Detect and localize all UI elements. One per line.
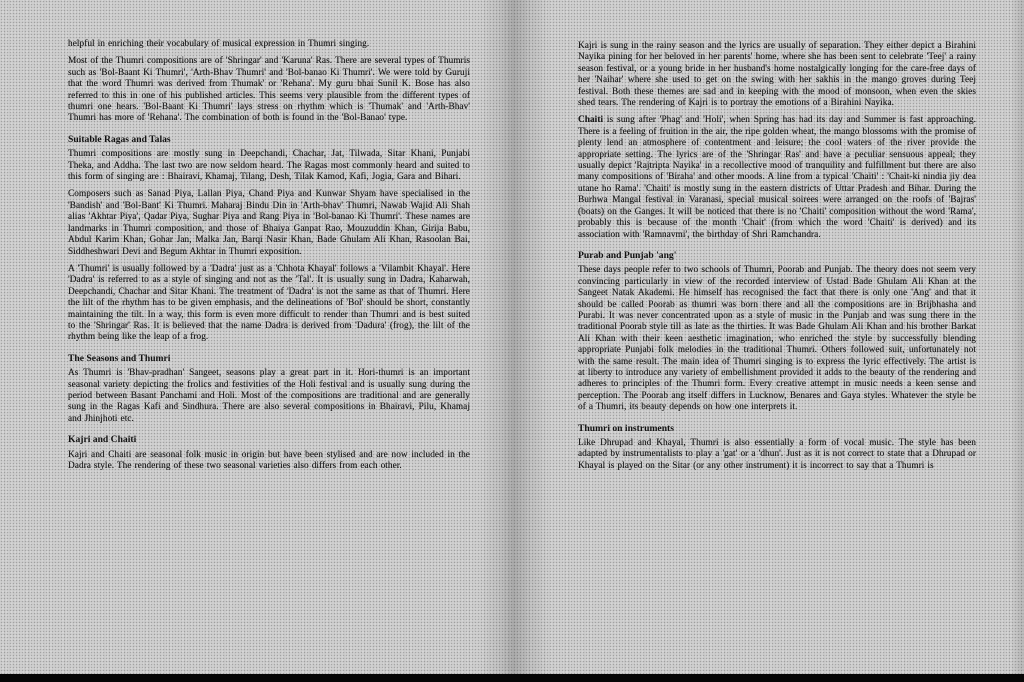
paragraph: As Thumri is 'Bhav-pradhan' Sangeet, sea… [68, 368, 470, 425]
paragraph-body: is sung after 'Phag' and 'Holi', when Sp… [578, 115, 976, 239]
section-heading: Kajri and Chaiti [68, 434, 470, 445]
paragraph-chaiti: Chaiti is sung after 'Phag' and 'Holi', … [578, 115, 976, 240]
section-heading: Suitable Ragas and Talas [68, 134, 470, 145]
paragraph: helpful in enriching their vocabulary of… [68, 39, 470, 50]
paragraph: A 'Thumri' is usually followed by a 'Dad… [68, 264, 470, 344]
paragraph: Thumri compositions are mostly sung in D… [68, 149, 470, 183]
paragraph: Most of the Thumri compositions are of '… [68, 56, 470, 124]
paragraph: Kajri and Chaiti are seasonal folk music… [68, 450, 470, 473]
paragraph: Like Dhrupad and Khayal, Thumri is also … [578, 438, 976, 472]
right-page: Kajri is sung in the rainy season and th… [578, 0, 976, 674]
book-gutter [480, 0, 550, 674]
section-heading: Purab and Punjab 'ang' [578, 250, 976, 261]
page-edge-shadow [1010, 0, 1024, 674]
scan-bottom-edge [0, 674, 1024, 682]
left-page-content: helpful in enriching their vocabulary of… [68, 0, 470, 472]
paragraph: Composers such as Sanad Piya, Lallan Piy… [68, 189, 470, 257]
book-spread: helpful in enriching their vocabulary of… [0, 0, 1024, 674]
paragraph: These days people refer to two schools o… [578, 265, 976, 413]
paragraph-lead-word: Chaiti [578, 115, 603, 125]
paragraph: Kajri is sung in the rainy season and th… [578, 41, 976, 109]
section-heading: Thumri on instruments [578, 423, 976, 434]
left-page: helpful in enriching their vocabulary of… [68, 0, 470, 674]
right-page-content: Kajri is sung in the rainy season and th… [578, 0, 976, 472]
section-heading: The Seasons and Thumri [68, 353, 470, 364]
